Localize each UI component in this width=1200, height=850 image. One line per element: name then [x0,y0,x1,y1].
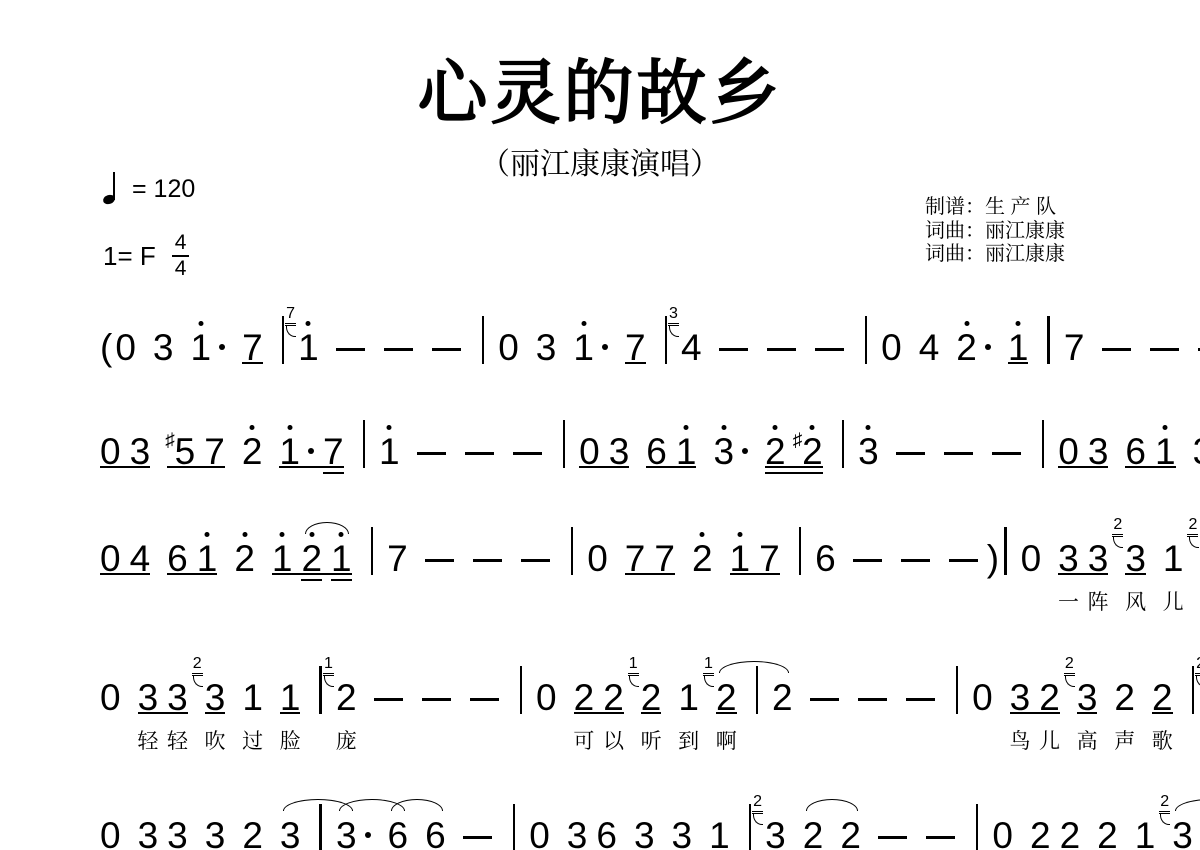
note-digit: 3 [138,817,159,850]
note: 7 [323,433,344,470]
note: 1 [709,817,730,850]
note-digit: 3 [672,817,693,850]
bar-line [865,316,868,364]
dash-beat [336,348,365,352]
note: 0 [587,540,608,577]
parenthesis: ( [100,329,112,366]
note-digit: 2 [956,329,977,366]
beam-group: 36 [567,817,617,850]
note: 3 [536,329,557,366]
bar-line [1047,316,1050,364]
note-digit: 2 [716,679,737,716]
dash-beat [858,698,887,702]
note: 1 [1155,433,1176,470]
note: 1 [379,433,400,470]
lyric: 可 [573,731,594,752]
note-digit: 0 [529,817,550,850]
note-digit: 0 [100,540,121,577]
note-digit: 0 [100,817,121,850]
beam-group: 77 [625,540,675,577]
beam-group: 3轻3轻 [138,679,188,716]
beam-group: 03 [579,433,629,470]
note: 4 [919,329,940,366]
note: 2 [765,433,786,470]
augmentation-dot [308,448,314,454]
note: 0 [498,329,519,366]
note: 2 [1060,817,1081,850]
lyric: 歌 [1152,731,1173,752]
dash-beat [767,348,796,352]
note: 3 [130,433,151,470]
note: 6 [167,540,188,577]
note: 7 [204,433,225,470]
slur-arc [1175,799,1200,811]
note: ♯5 [167,433,195,470]
note: 6 [388,817,409,850]
grace-note: 2 [192,656,203,674]
note: 0 [100,433,121,470]
dash-beat [1150,348,1179,352]
dash-beat [896,452,925,456]
note-digit: 2 [803,817,824,850]
note-digit: 0 [972,679,993,716]
note-digit: 7 [204,433,225,470]
note: 1 [331,540,352,577]
note: 12听 [641,679,662,716]
note-digit: 0 [579,433,600,470]
note-digit: 1 [678,679,699,716]
sharp-icon: ♯ [165,431,175,450]
note: 1 [573,329,608,366]
note-digit: 0 [587,540,608,577]
lyric: 声 [1114,731,1135,752]
beam-group: 04 [100,540,150,577]
note: 1到 [678,679,699,716]
note: 4 [130,540,151,577]
note: 3 [609,433,630,470]
slur-arc [305,522,349,534]
note: 0 [881,329,902,366]
note-digit: 2 [1060,817,1081,850]
bar-line [371,527,374,575]
note: 23吹 [205,679,226,716]
note-digit: 1 [331,540,352,577]
lyric: 阵 [1088,592,1109,613]
note: 7 [654,540,675,577]
note-digit: 3 [167,679,188,716]
note-digit: 6 [425,817,446,850]
note: 7 [625,540,646,577]
note-digit: 3 [536,329,557,366]
grace-note: 7 [285,306,296,324]
note-digit: 2 [242,433,263,470]
note: 12啊 [716,679,737,716]
bar-line [319,666,322,714]
dash-beat [432,348,461,352]
score-row: 03♯572171036132♯2303613432 [100,420,1200,470]
dash-beat [949,559,978,563]
note: 3 [205,817,226,850]
score-row: 0461212170772176)03一3阵23风1儿23啊3 [100,527,1200,577]
note: ♯2 [795,433,823,470]
note-digit: 2 [1114,679,1135,716]
note-digit: 2 [692,540,713,577]
lyric: 轻 [167,731,188,752]
grace-note: 2 [752,794,763,812]
note-digit: 1 [242,679,263,716]
note-digit: 0 [100,679,121,716]
note-digit: 3 [1058,540,1079,577]
lyric: 儿 [1163,592,1184,613]
note-digit: 2 [840,817,861,850]
note: 2 [234,540,255,577]
bar-line [1042,420,1045,468]
note-digit: 0 [100,433,121,470]
grace-note: 2 [1195,656,1200,674]
note: 7 [387,540,408,577]
dash-beat [384,348,413,352]
lyric: 鸟 [1009,731,1030,752]
lyric: 啊 [716,731,737,752]
note-digit: 3 [713,433,734,470]
note: 2 [772,679,793,716]
beam-group: 3鸟2儿 [1010,679,1060,716]
note-digit: 1 [1008,329,1029,366]
note: 0 [100,817,121,850]
note-digit: 7 [387,540,408,577]
note-digit: 6 [1125,433,1146,470]
note-digit: 3 [1077,679,1098,716]
dash-beat [465,452,494,456]
note-digit: 0 [1021,540,1042,577]
note-digit: 7 [242,329,263,366]
lyric: 轻 [137,731,158,752]
dash-beat [417,452,446,456]
note: 1 [1008,329,1029,366]
score-row: 03轻3轻23吹1过1脸12庞02可2以12听1到12啊203鸟2儿23高2声2… [100,666,1200,716]
note-digit: 1 [279,433,300,470]
beam-group: 61 [167,540,217,577]
note: 1脸 [280,679,301,716]
note-digit: 3 [1088,540,1109,577]
bar-line [749,804,752,850]
beam-group: 2♯2 [765,433,823,470]
bar-line [282,316,285,364]
note-digit: 0 [1058,433,1079,470]
note-digit: 7 [654,540,675,577]
lyric: 风 [1125,592,1146,613]
note: 3阵 [1088,540,1109,577]
note: 3 [1193,433,1200,470]
note-digit: 3 [1172,817,1193,850]
note-digit: 2 [765,433,786,470]
beam-group: 22 [1030,817,1080,850]
note-digit: 1 [730,540,751,577]
note: 1过 [242,679,263,716]
note-digit: 1 [1163,540,1184,577]
note-digit: 2 [603,679,624,716]
note: 6 [815,540,836,577]
lyric: 以 [603,731,624,752]
note-digit: 3 [280,817,301,850]
dash-beat [944,452,973,456]
note-digit: 4 [919,329,940,366]
note: 2声 [1114,679,1135,716]
lyric: 吹 [205,731,226,752]
note-digit: 4 [130,540,151,577]
note: 7 [759,540,780,577]
beam-group: 17 [730,540,780,577]
note: 0 [115,329,136,366]
parenthesis: ) [987,540,999,577]
note-digit: 3 [167,817,188,850]
dash-beat [425,559,454,563]
score: (0317710317340421703♯572171036132♯230361… [0,0,1200,850]
note: 23高 [1077,679,1098,716]
note-digit: 1 [272,540,293,577]
note: 3 [1088,433,1109,470]
note-digit: 2 [301,540,322,577]
bar-line [799,527,802,575]
note-digit: 3 [1125,540,1146,577]
grace-note: 2 [1187,517,1198,535]
note: 3 [138,817,159,850]
note-digit: 1 [190,329,211,366]
note: 0 [529,817,550,850]
augmentation-dot [365,832,371,838]
note-digit: 7 [625,540,646,577]
note-digit: 1 [298,329,319,366]
note-digit: 6 [646,433,667,470]
note: 2歌 [1152,679,1173,716]
grace-note: 2 [1159,794,1170,812]
note-digit: 3 [609,433,630,470]
note-digit: 6 [596,817,617,850]
dash-beat [521,559,550,563]
note-digit: 0 [992,817,1013,850]
dash-beat [719,348,748,352]
lyric: 庞 [336,731,357,752]
note-digit: 7 [1064,329,1085,366]
beam-group: 2可2以 [574,679,624,716]
beam-group: 17 [279,433,343,470]
grace-note: 2 [1112,517,1123,535]
note-digit: 2 [1097,817,1118,850]
note: 1 [197,540,218,577]
note-digit: 3 [205,679,226,716]
note-digit: 6 [167,540,188,577]
beam-group: 3一3阵 [1058,540,1108,577]
note: 2 [692,540,713,577]
lyric: 过 [242,731,263,752]
note-digit: 4 [681,329,702,366]
note: 3轻 [138,679,159,716]
note-digit: 1 [1155,433,1176,470]
note-digit: 2 [336,679,357,716]
lyric: 听 [641,731,662,752]
note: 6 [646,433,667,470]
note: 3 [858,433,879,470]
beam-group: 03 [1058,433,1108,470]
note: 0 [100,679,121,716]
note: 0 [100,540,121,577]
note-digit: 0 [115,329,136,366]
note-digit: 2 [242,817,263,850]
bar-line [482,316,485,364]
note-digit: 2 [772,679,793,716]
note-digit: 7 [625,329,646,366]
augmentation-dot [742,448,748,454]
dash-beat [513,452,542,456]
lyric: 到 [678,731,699,752]
slur-arc [391,799,443,811]
note: 2以 [603,679,624,716]
bar-line [976,804,979,850]
note-digit: 3 [336,817,357,850]
note: 2 [1097,817,1118,850]
bar-line [756,666,759,714]
grace-note: 1 [628,656,639,674]
note: 3 [153,329,174,366]
grace-note: 1 [323,656,334,674]
bar-line [665,316,668,364]
note-digit: 2 [1030,817,1051,850]
note-digit: 2 [574,679,595,716]
note-digit: 6 [815,540,836,577]
note: 3一 [1058,540,1079,577]
dash-beat [878,836,907,840]
score-row: 033323366036331232202221233 [100,804,1200,850]
sheet-music-page: 心灵的故乡 （丽江康康演唱） = 120 1= F 4 4 制谱：生 产 队 词… [0,0,1200,850]
note: 2 [1030,817,1051,850]
dash-beat [906,698,935,702]
dash-beat [1102,348,1131,352]
dash-beat [470,698,499,702]
note: 2 [242,433,263,470]
note-digit: 1 [1135,817,1156,850]
note: 3 [672,817,693,850]
note-digit: 1 [573,329,594,366]
note: 2可 [574,679,595,716]
note: 0 [536,679,557,716]
note: 1 [730,540,751,577]
note: 71 [298,329,319,366]
note: 0 [1021,540,1042,577]
lyric: 儿 [1039,731,1060,752]
note: 3 [280,817,301,850]
bar-line [513,804,516,850]
dash-beat [810,698,839,702]
note: 2 [840,817,861,850]
note-digit: 3 [1010,679,1031,716]
note-digit: 3 [634,817,655,850]
note: 2 [956,329,991,366]
beam-group: 03 [100,433,150,470]
bar-line [520,666,523,714]
note: 6 [1125,433,1146,470]
score-row: (03177103173404217 [100,316,1200,366]
note-digit: 1 [379,433,400,470]
note: 3轻 [167,679,188,716]
note-digit: 7 [759,540,780,577]
note-digit: 3 [765,817,786,850]
bar-line [563,420,566,468]
grace-note: 3 [668,306,679,324]
note-digit: 3 [205,817,226,850]
note: 2 [803,817,824,850]
note-digit: 6 [388,817,409,850]
lyric: 一 [1058,592,1079,613]
beam-group: 121 [272,540,352,577]
note: 1儿 [1163,540,1184,577]
lyric: 脸 [280,731,301,752]
note: 3 [713,433,748,470]
dash-beat [992,452,1021,456]
dash-beat [463,836,492,840]
note: 7 [625,329,646,366]
note: 23 [1172,817,1193,850]
note: 3 [167,817,188,850]
beam-group: ♯57 [167,433,225,470]
note-digit: 1 [197,540,218,577]
note: 2 [301,540,322,577]
dash-beat [374,698,403,702]
bar-line [571,527,574,575]
note: 0 [992,817,1013,850]
note-digit: 3 [130,433,151,470]
note-digit: 0 [881,329,902,366]
grace-note: 1 [703,656,714,674]
bar-line [1192,666,1195,714]
note: 3鸟 [1010,679,1031,716]
note: 23 [765,817,786,850]
note: 7 [242,329,263,366]
note: 2儿 [1039,679,1060,716]
note: 2 [242,817,263,850]
bar-line [842,420,845,468]
sharp-icon: ♯ [793,431,803,450]
slur-arc [719,661,789,673]
note-digit: 5 [175,433,196,470]
note: 7 [1064,329,1085,366]
note: 1 [272,540,293,577]
bar-line [956,666,959,714]
note-digit: 2 [234,540,255,577]
note: 3 [567,817,588,850]
bar-line [1004,527,1007,575]
bar-line [363,420,366,468]
dash-beat [815,348,844,352]
note: 1 [1135,817,1156,850]
note-digit: 2 [1039,679,1060,716]
note: 3 [336,817,371,850]
grace-note: 2 [1064,656,1075,674]
note: 1 [279,433,314,470]
note-digit: 3 [567,817,588,850]
note-digit: 1 [709,817,730,850]
dash-beat [853,559,882,563]
note-digit: 1 [280,679,301,716]
note: 1 [676,433,697,470]
note-digit: 2 [1152,679,1173,716]
note-digit: 0 [536,679,557,716]
dash-beat [473,559,502,563]
dash-beat [422,698,451,702]
note-digit: 2 [641,679,662,716]
note: 0 [579,433,600,470]
augmentation-dot [602,344,608,350]
note-digit: 0 [498,329,519,366]
